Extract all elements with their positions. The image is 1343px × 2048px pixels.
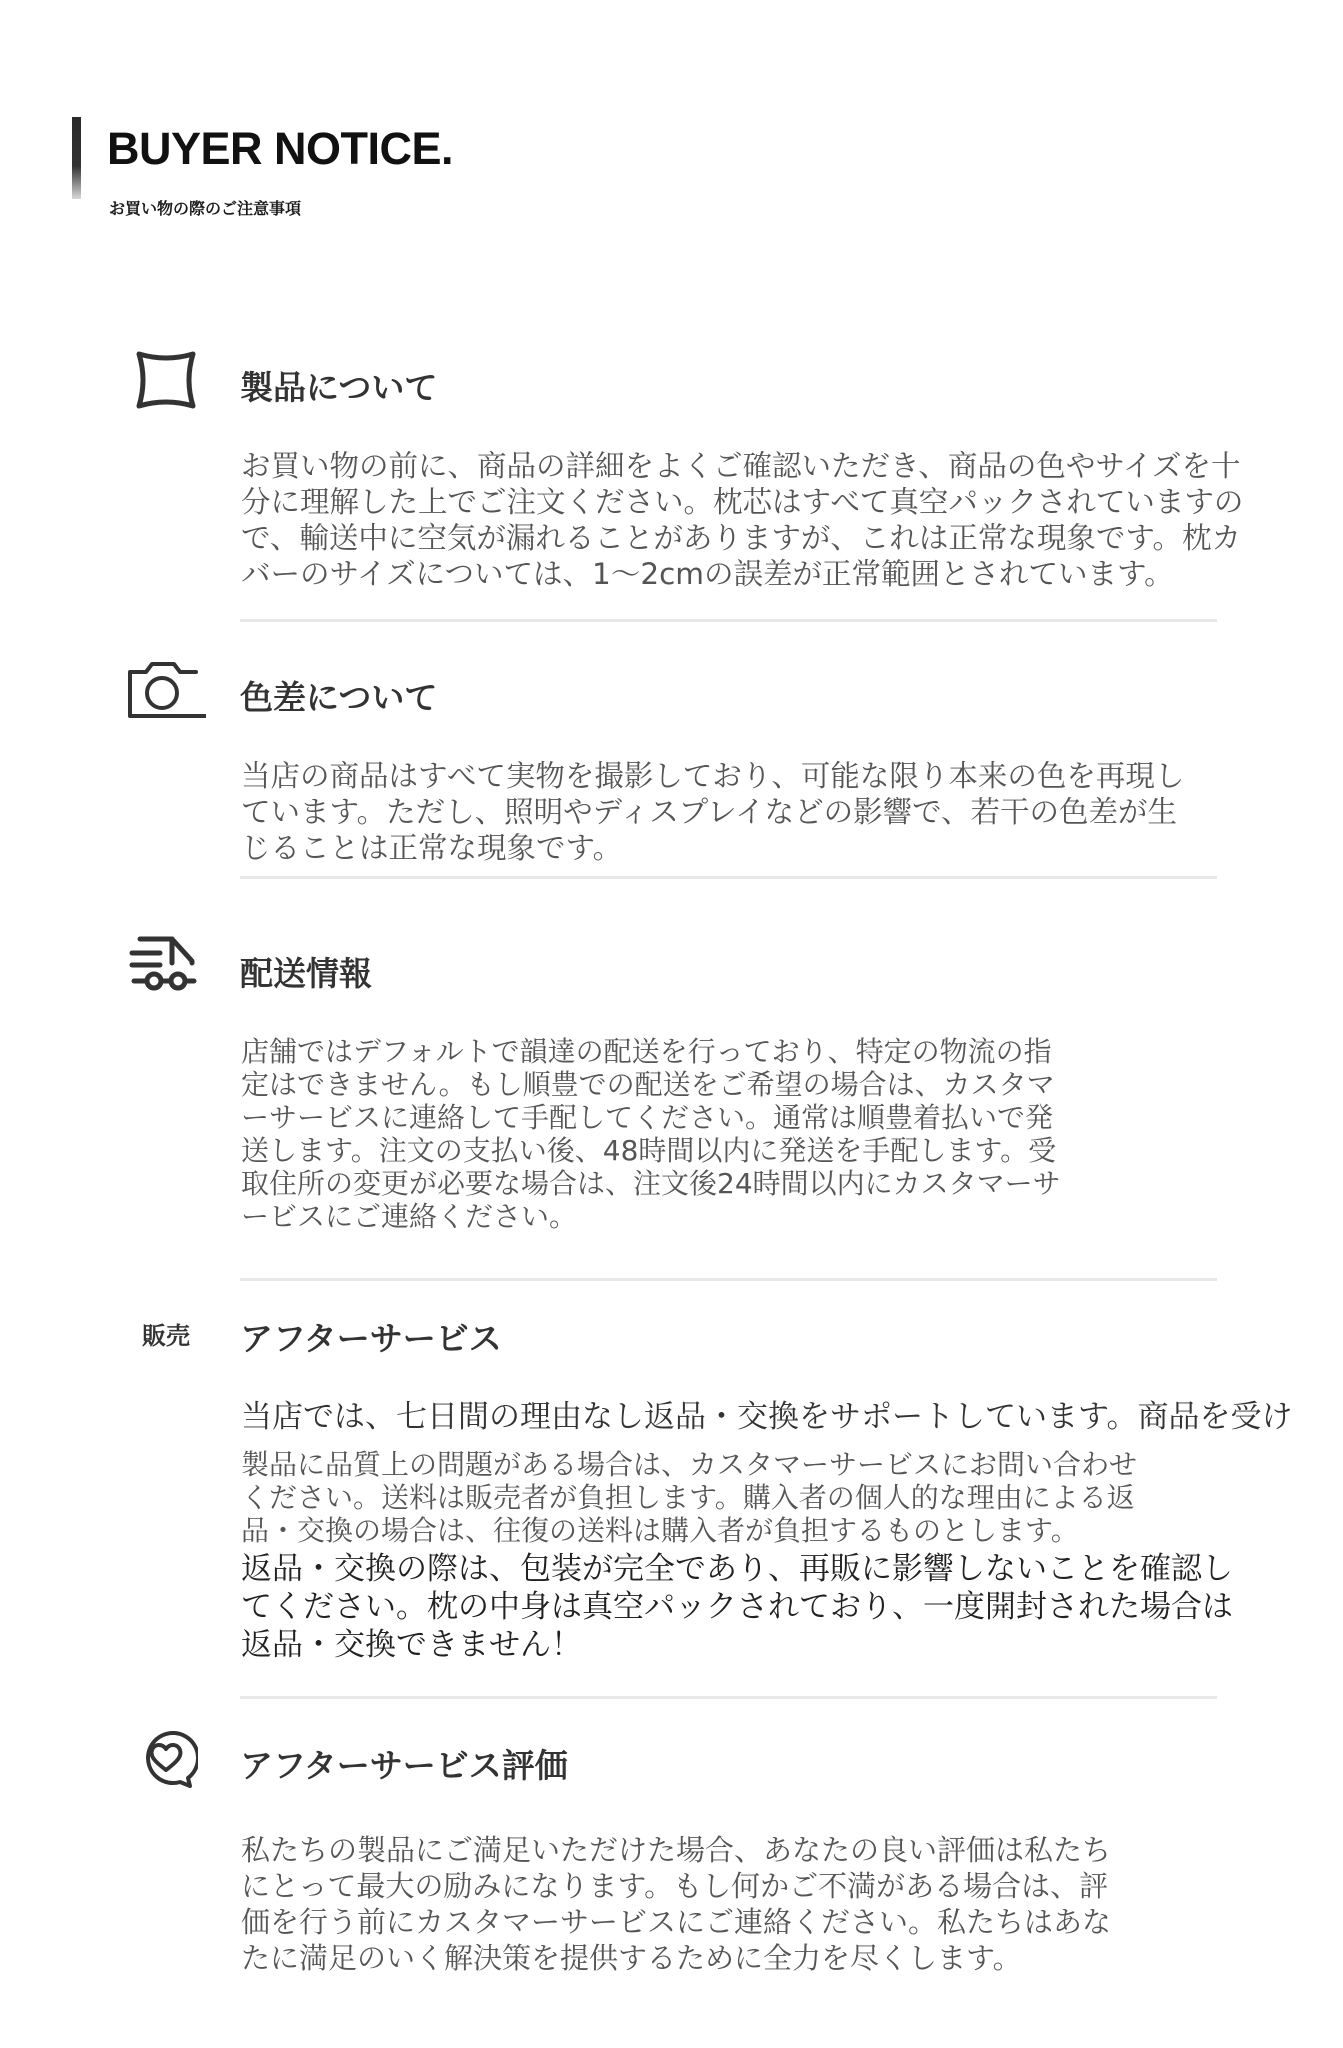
section-text-delivery: 店舗ではデフォルトで韻達の配送を行っており、特定の物流の指 定はできません。もし…	[241, 1035, 1061, 1233]
section-text-evaluation: 私たちの製品にご満足いただけた場合、あなたの良い評価は私たち にとって最大の励み…	[241, 1832, 1111, 1976]
text-line: たに満足のいく解決策を提供するために全力を尽くします。	[241, 1940, 1111, 1976]
text-line: 分に理解した上でご注文ください。枕芯はすべて真空パックされていますの	[241, 484, 1243, 520]
page-title: BUYER NOTICE.	[107, 123, 453, 175]
section-heading-product: 製品について	[240, 362, 437, 409]
text-line: にとって最大の励みになります。もし何かご不満がある場合は、評	[241, 1868, 1111, 1904]
text-line: 送します。注文の支払い後、48時間以内に発送を手配します。受	[241, 1134, 1061, 1167]
section-warning-after-service: 返品・交換の際は、包装が完全であり、再販に影響しないことを確認し てください。枕…	[241, 1550, 1233, 1664]
text-line: てください。枕の中身は真空パックされており、一度開封された場合は	[241, 1588, 1233, 1626]
section-divider	[240, 619, 1217, 622]
section-divider	[240, 1696, 1217, 1699]
text-line: お買い物の前に、商品の詳細をよくご確認いただき、商品の色やサイズを十	[241, 448, 1243, 484]
section-heading-delivery: 配送情報	[240, 948, 372, 995]
text-line: 定はできません。もし順豊での配送をご希望の場合は、カスタマ	[241, 1068, 1061, 1101]
text-line: バーのサイズについては、1～2cmの誤差が正常範囲とされています。	[241, 556, 1243, 592]
section-text-color: 当店の商品はすべて実物を撮影しており、可能な限り本来の色を再現し ています。ただ…	[241, 758, 1184, 866]
text-line: 返品・交換の際は、包装が完全であり、再販に影響しないことを確認し	[241, 1550, 1233, 1588]
text-line: 当店の商品はすべて実物を撮影しており、可能な限り本来の色を再現し	[241, 758, 1184, 794]
text-line: 製品に品質上の問題がある場合は、カスタマーサービスにお問い合わせ	[241, 1448, 1137, 1481]
text-line: 取住所の変更が必要な場合は、注文後24時間以内にカスタマーサ	[241, 1167, 1061, 1200]
text-line: 品・交換の場合は、往復の送料は購入者が負担するものとします。	[241, 1514, 1137, 1547]
page-subtitle: お買い物の際のご注意事項	[109, 196, 301, 219]
sales-label-icon: 販売	[126, 1298, 206, 1368]
text-line: 返品・交換できません！	[241, 1626, 1233, 1664]
delivery-truck-icon	[126, 928, 206, 998]
text-line: じることは正常な現象です。	[241, 830, 1184, 866]
section-text-product: お買い物の前に、商品の詳細をよくご確認いただき、商品の色やサイズを十 分に理解し…	[241, 448, 1243, 592]
section-heading-color: 色差について	[240, 672, 437, 719]
section-divider	[240, 876, 1217, 879]
text-line: ーサービスに連絡して手配してください。通常は順豊着払いで発	[241, 1101, 1061, 1134]
text-line: 私たちの製品にご満足いただけた場合、あなたの良い評価は私たち	[241, 1832, 1111, 1868]
text-line: ービスにご連絡ください。	[241, 1200, 1061, 1233]
text-line: ください。送料は販売者が負担します。購入者の個人的な理由による返	[241, 1481, 1137, 1514]
pillow-icon	[126, 345, 206, 415]
camera-icon	[126, 655, 206, 725]
text-line: 価を行う前にカスタマーサービスにご連絡ください。私たちはあな	[241, 1904, 1111, 1940]
text-line: ています。ただし、照明やディスプレイなどの影響で、若干の色差が生	[241, 794, 1184, 830]
text-line: 店舗ではデフォルトで韻達の配送を行っており、特定の物流の指	[241, 1035, 1061, 1068]
section-heading-evaluation: アフターサービス評価	[240, 1740, 568, 1787]
section-divider	[240, 1278, 1217, 1281]
section-intro-after-service: 当店では、七日間の理由なし返品・交換をサポートしています。商品を受け	[241, 1398, 1293, 1436]
accent-bar	[72, 117, 81, 199]
section-heading-after-service: アフターサービス	[240, 1313, 502, 1360]
section-text-after-service: 製品に品質上の問題がある場合は、カスタマーサービスにお問い合わせ ください。送料…	[241, 1448, 1137, 1547]
text-line: で、輸送中に空気が漏れることがありますが、これは正常な現象です。枕カ	[241, 520, 1243, 556]
heart-chat-icon	[126, 1723, 206, 1793]
